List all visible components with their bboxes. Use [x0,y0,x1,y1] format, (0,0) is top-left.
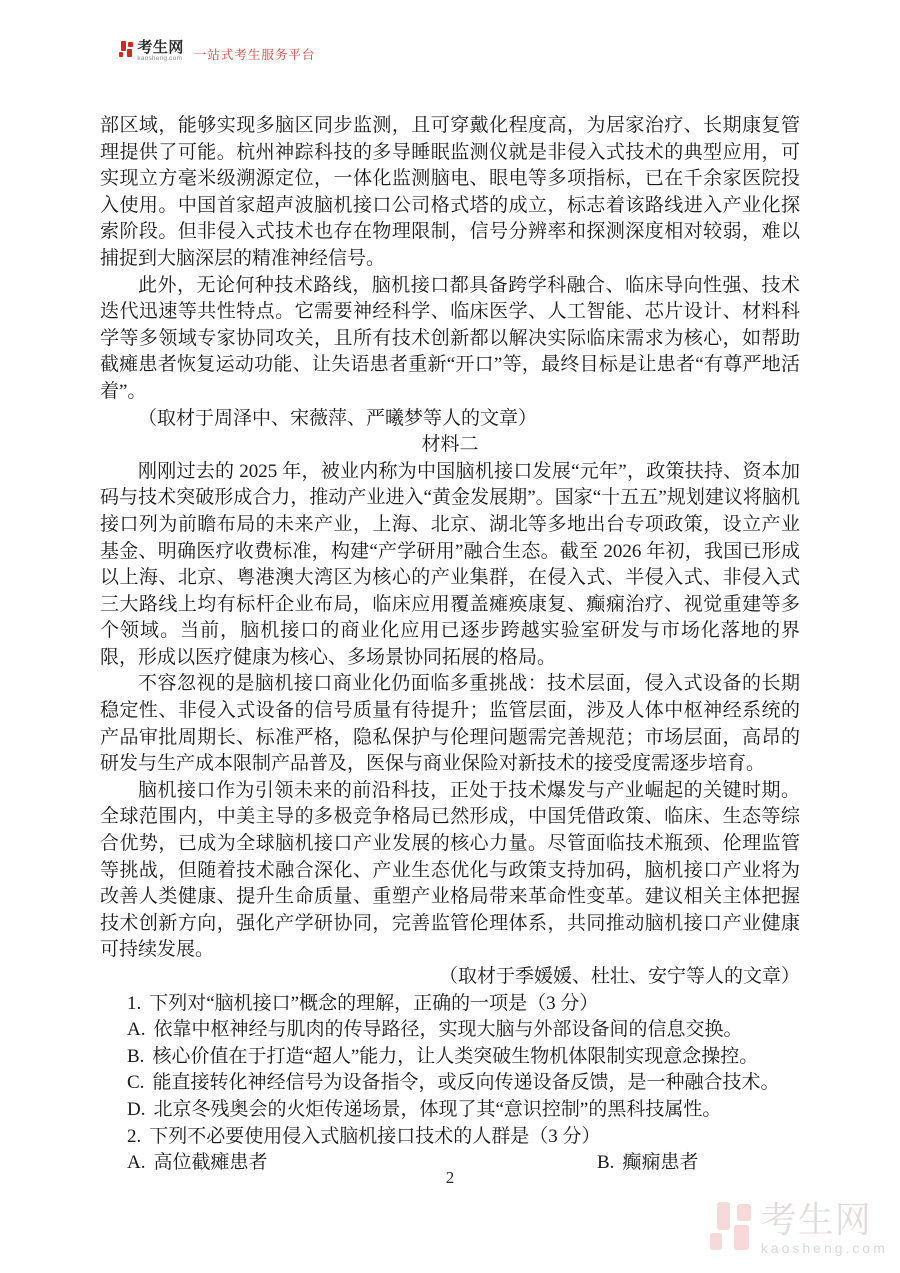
watermark-text-block: 考生网 kaosheng.com [761,1202,888,1255]
paragraph-tech-common-traits: 此外，无论何种技术路线，脑机接口都具备跨学科融合、临床导向性强、技术迭代迅速等共… [100,273,800,406]
paragraph-continued: 部区域，能够实现多脑区同步监测，且可穿戴化程度高，为居家治疗、长期康复管理提供了… [100,113,800,273]
source-attribution-1: （取材于周泽中、宋薇萍、严曦梦等人的文章） [100,406,800,433]
question-1-option-b: B.核心价值在于打造“超人”能力，让人类突破生物机体限制实现意念操控。 [127,1044,800,1071]
brand-domain: kaosheng.com [137,56,184,63]
source-attribution-2: （取材于季媛媛、杜壮、安宁等人的文章） [100,964,800,991]
kaosheng-logo-icon [118,41,133,58]
paragraph-outlook: 脑机接口作为引领未来的前沿科技，正处于技术爆发与产业崛起的关键时期。全球范围内，… [100,778,800,964]
question-1-stem: 1.下列对“脑机接口”概念的理解，正确的一项是（3 分） [127,991,800,1018]
page-number: 2 [0,1168,900,1188]
option-c-label: C. [127,1070,144,1097]
kaosheng-watermark-logo-icon [708,1202,753,1250]
question-2-text: 下列不必要使用侵入式脑机接口技术的人群是（3 分） [149,1126,600,1147]
option-b-label: B. [127,1044,144,1071]
question-1-number: 1. [127,991,141,1018]
question-2-stem: 2.下列不必要使用侵入式脑机接口技术的人群是（3 分） [127,1124,800,1151]
watermark: 考生网 kaosheng.com [708,1202,888,1255]
brand-name: 考生网 [137,40,184,55]
question-1-option-d: D.北京冬残奥会的火炬传递场景，体现了其“意识控制”的黑科技属性。 [127,1097,800,1124]
material-2-heading: 材料二 [100,432,800,459]
document-body: 部区域，能够实现多脑区同步监测，且可穿戴化程度高，为居家治疗、长期康复管理提供了… [100,113,800,1177]
watermark-domain: kaosheng.com [761,1241,888,1255]
paragraph-industry-2025: 刚刚过去的 2025 年，被业内称为中国脑机接口发展“元年”，政策扶持、资本加码… [100,459,800,672]
option-a-label: A. [127,1017,145,1044]
question-1-text: 下列对“脑机接口”概念的理解，正确的一项是（3 分） [149,993,598,1014]
watermark-brand: 考生网 [761,1202,888,1238]
question-2-number: 2. [127,1124,141,1151]
option-c-text: 能直接转化神经信号为设备指令，或反向传递设备反馈，是一种融合技术。 [152,1072,779,1093]
header-brand: 考生网 kaosheng.com 一站式考生服务平台 [118,40,315,63]
paragraph-challenges: 不容忽视的是脑机接口商业化仍面临多重挑战：技术层面，侵入式设备的长期稳定性、非侵… [100,671,800,777]
brand-tagline: 一站式考生服务平台 [194,45,316,63]
question-1-option-c: C.能直接转化神经信号为设备指令，或反向传递设备反馈，是一种融合技术。 [127,1070,800,1097]
exam-paper-page: 考生网 kaosheng.com 一站式考生服务平台 部区域，能够实现多脑区同步… [0,0,900,1273]
option-d-text: 北京冬残奥会的火炬传递场景，体现了其“意识控制”的黑科技属性。 [153,1099,721,1120]
question-1-option-a: A.依靠中枢神经与肌肉的传导路径，实现大脑与外部设备间的信息交换。 [127,1017,800,1044]
option-b-text: 核心价值在于打造“超人”能力，让人类突破生物机体限制实现意念操控。 [152,1046,758,1067]
brand-name-block: 考生网 kaosheng.com [137,40,184,63]
option-a-text: 依靠中枢神经与肌肉的传导路径，实现大脑与外部设备间的信息交换。 [153,1019,742,1040]
questions-section: 1.下列对“脑机接口”概念的理解，正确的一项是（3 分） A.依靠中枢神经与肌肉… [100,991,800,1177]
option-d-label: D. [127,1097,145,1124]
